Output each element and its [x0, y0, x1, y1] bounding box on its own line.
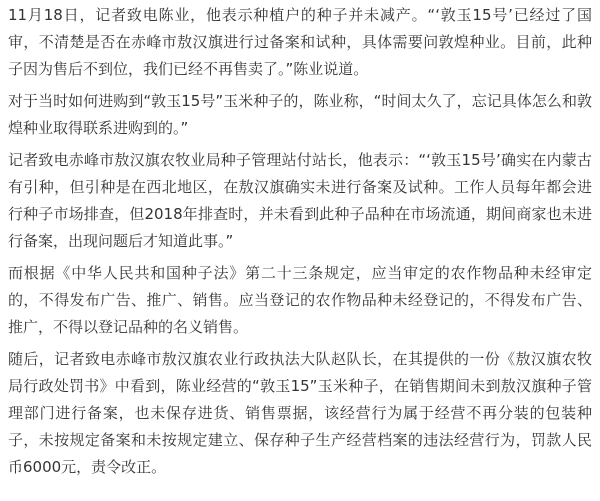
paragraph-phone-interview: 11月18日，记者致电陈业，他表示种植户的种子并未减产。“‘敦玉15号’已经过了…: [8, 2, 592, 83]
paragraph-penalty: 随后，记者致电赤峰市敖汉旗农业行政执法大队赵队长，在其提供的一份《敖汉旗农牧局行…: [8, 346, 592, 481]
paragraph-seed-station: 记者致电赤峰市敖汉旗农牧业局种子管理站付站长，他表示：“‘敦玉15号’确实在内蒙…: [8, 147, 592, 255]
paragraph-seed-law: 而根据《中华人民共和国种子法》第二十三条规定，应当审定的农作物品种未经审定的，不…: [8, 260, 592, 341]
paragraph-purchase-source: 对于当时如何进购到“敦玉15号”玉米种子的，陈业称，“时间太久了，忘记具体怎么和…: [8, 88, 592, 142]
article-body: 11月18日，记者致电陈业，他表示种植户的种子并未减产。“‘敦玉15号’已经过了…: [0, 0, 600, 481]
